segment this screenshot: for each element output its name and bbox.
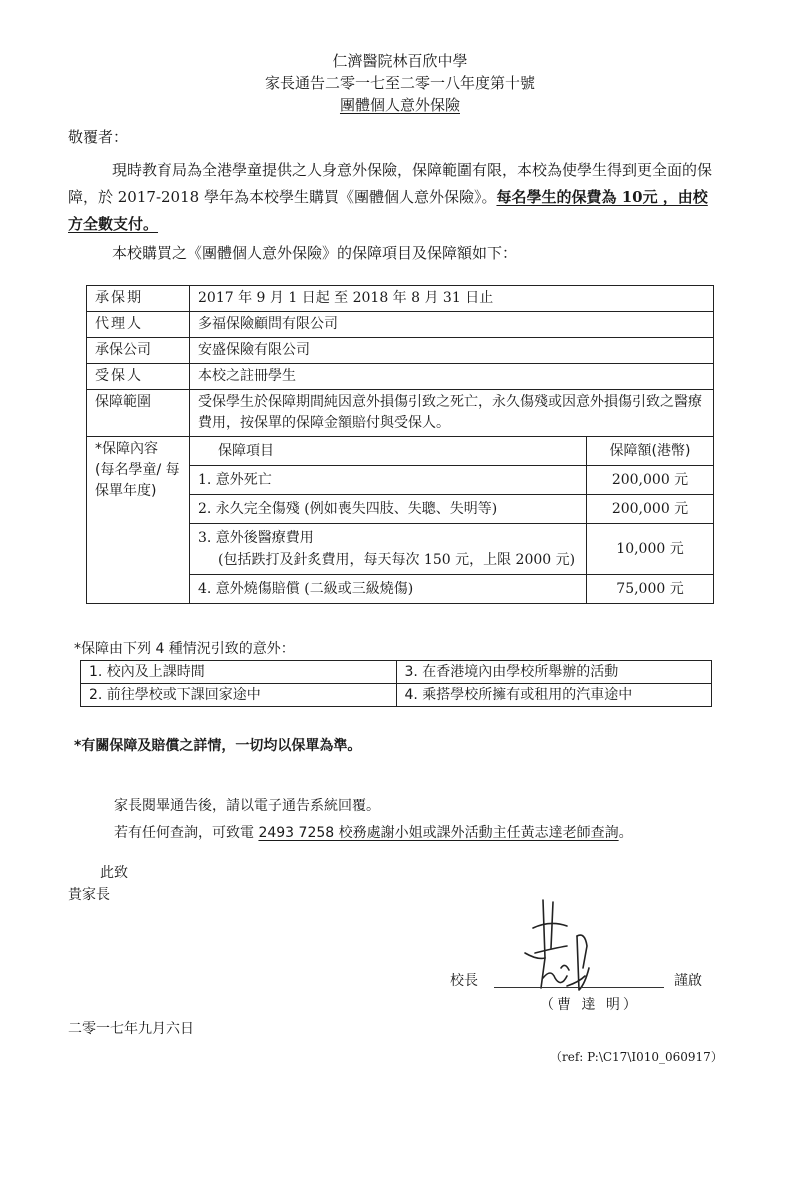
row-label: 保障範圍 — [87, 390, 190, 437]
sign-off: 謹啟 — [674, 970, 702, 990]
coverage-amount: 200,000 元 — [587, 466, 714, 495]
closing-line-2: 貴家長 — [68, 884, 110, 904]
row-value: 多福保險顧問有限公司 — [190, 312, 714, 338]
coverage-item: 3. 意外後醫療費用 (包括跌打及針炙費用，每天每次 150 元，上限 2000… — [190, 524, 587, 575]
coverage-table: 保障項目 保障額(港幣) 1. 意外死亡 200,000 元 2. 永久完全傷殘… — [190, 437, 713, 603]
coverage-item: 2. 永久完全傷殘 (例如喪失四肢、失聰、失明等) — [190, 495, 587, 524]
coverage-amount: 75,000 元 — [587, 575, 714, 604]
coverage-amount: 200,000 元 — [587, 495, 714, 524]
table-row: 代理人 多福保險顧問有限公司 — [87, 312, 714, 338]
table-row: 承保公司 安盛保險有限公司 — [87, 338, 714, 364]
coverage-item-row: 3. 意外後醫療費用 (包括跌打及針炙費用，每天每次 150 元，上限 2000… — [190, 524, 713, 575]
condition-item: 4. 乘搭學校所擁有或租用的汽車途中 — [396, 684, 712, 707]
table-row: 1. 校內及上課時間 3. 在香港境內由學校所舉辦的活動 — [81, 661, 712, 684]
intro-paragraph: 現時教育局為全港學童提供之人身意外保險，保障範圍有限，本校為使學生得到更全面的保… — [68, 157, 718, 238]
row-value: 本校之註冊學生 — [190, 364, 714, 390]
signature-icon — [505, 898, 615, 993]
condition-item: 1. 校內及上課時間 — [81, 661, 397, 684]
notice-header: 仁濟醫院林百欣中學 家長通告二零一七至二零一八年度第十號 團體個人意外保險 — [0, 50, 800, 116]
principal-title: 校長 — [450, 970, 478, 990]
signature-line — [494, 987, 664, 988]
principal-name: （曹 達 明） — [540, 994, 640, 1014]
coverage-item-detail: (包括跌打及針炙費用，每天每次 150 元，上限 2000 元) — [198, 549, 578, 571]
table-row: 保障範圍 受保學生於保障期間純因意外損傷引致之死亡，永久傷殘或因意外損傷引致之醫… — [87, 390, 714, 437]
header-amount: 保障額(港幣) — [587, 437, 714, 466]
notice-number: 家長通告二零一七至二零一八年度第十號 — [0, 72, 800, 94]
closing-line-1: 此致 — [100, 862, 128, 882]
row-value: 安盛保險有限公司 — [190, 338, 714, 364]
reference-code: （ref: P:\C17\I010_060917） — [550, 1048, 723, 1065]
table-intro: 本校購買之《團體個人意外保險》的保障項目及保障額如下： — [68, 240, 762, 267]
table-row: 受保人 本校之註冊學生 — [87, 364, 714, 390]
coverage-label: *保障內容 (每名學童/ 每保單年度) — [87, 437, 190, 604]
school-name: 仁濟醫院林百欣中學 — [0, 50, 800, 72]
row-label: 承保期 — [87, 286, 190, 312]
notice-subject: 團體個人意外保險 — [340, 94, 460, 116]
row-label: 受保人 — [87, 364, 190, 390]
coverage-item-title: 3. 意外後醫療費用 — [198, 527, 578, 549]
coverage-header-row: 保障項目 保障額(港幣) — [190, 437, 713, 466]
insurance-info-table: 承保期 2017 年 9 月 1 日起 至 2018 年 8 月 31 日止 代… — [86, 285, 714, 604]
table-row: 2. 前往學校或下課回家途中 4. 乘搭學校所擁有或租用的汽車途中 — [81, 684, 712, 707]
coverage-item-row: 4. 意外燒傷賠償 (二級或三級燒傷) 75,000 元 — [190, 575, 713, 604]
enquiry-prefix: 若有任何查詢，可致電 — [114, 825, 258, 841]
coverage-item: 4. 意外燒傷賠償 (二級或三級燒傷) — [190, 575, 587, 604]
reply-instruction: 家長閱畢通告後，請以電子通告系統回覆。 — [114, 795, 380, 815]
notice-date: 二零一七年九月六日 — [68, 1018, 194, 1038]
enquiry-contact: 2493 7258 校務處謝小姐或課外活動主任黃志達老師查詢 — [258, 825, 618, 841]
conditions-title: *保障由下列 4 種情況引致的意外： — [74, 638, 295, 658]
row-value: 2017 年 9 月 1 日起 至 2018 年 8 月 31 日止 — [190, 286, 714, 312]
enquiry-line: 若有任何查詢，可致電 2493 7258 校務處謝小姐或課外活動主任黃志達老師查… — [114, 822, 633, 842]
coverage-cell: 保障項目 保障額(港幣) 1. 意外死亡 200,000 元 2. 永久完全傷殘… — [190, 437, 714, 604]
table-row: 承保期 2017 年 9 月 1 日起 至 2018 年 8 月 31 日止 — [87, 286, 714, 312]
header-item: 保障項目 — [190, 437, 587, 466]
row-value: 受保學生於保障期間純因意外損傷引致之死亡，永久傷殘或因意外損傷引致之醫療費用，按… — [190, 390, 714, 437]
condition-item: 2. 前往學校或下課回家途中 — [81, 684, 397, 707]
coverage-item-row: 2. 永久完全傷殘 (例如喪失四肢、失聰、失明等) 200,000 元 — [190, 495, 713, 524]
row-label: 代理人 — [87, 312, 190, 338]
coverage-item-row: 1. 意外死亡 200,000 元 — [190, 466, 713, 495]
coverage-amount: 10,000 元 — [587, 524, 714, 575]
conditions-table: 1. 校內及上課時間 3. 在香港境內由學校所舉辦的活動 2. 前往學校或下課回… — [80, 660, 712, 707]
condition-item: 3. 在香港境內由學校所舉辦的活動 — [396, 661, 712, 684]
coverage-row: *保障內容 (每名學童/ 每保單年度) 保障項目 保障額(港幣) 1. 意外死亡… — [87, 437, 714, 604]
disclaimer: *有關保障及賠償之詳情，一切均以保單為準。 — [74, 735, 361, 755]
salutation: 敬覆者： — [68, 126, 128, 147]
coverage-item: 1. 意外死亡 — [190, 466, 587, 495]
enquiry-suffix: 。 — [619, 825, 633, 841]
row-label: 承保公司 — [87, 338, 190, 364]
